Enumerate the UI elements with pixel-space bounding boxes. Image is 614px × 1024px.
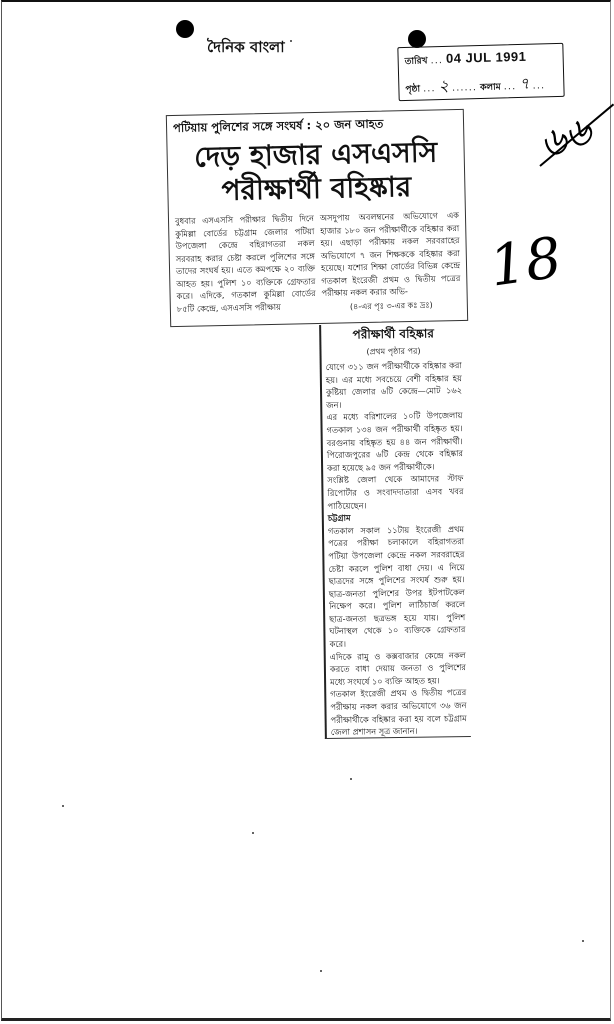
stamp-column-value: ৭ — [519, 71, 530, 98]
newspaper-name: দৈনিক বাংলা — [207, 36, 285, 61]
stamp-page-value: ২ — [438, 73, 449, 100]
continuation-heading: পরীক্ষার্থী বহিষ্কার — [325, 325, 461, 347]
handwritten-number-18: 18 — [486, 225, 566, 299]
paragraph: এদিকে রামু ও কক্সবাজার কেন্দ্রে নকল করতে… — [330, 649, 467, 689]
scan-speck — [320, 970, 322, 972]
punch-hole-right — [408, 30, 426, 48]
continuation-subheading: (প্রথম পৃষ্ঠার পর) — [325, 345, 461, 360]
article-clipping: পটিয়ায় পুলিশের সঙ্গে সংঘর্ষ : ২০ জন আহ… — [166, 109, 468, 327]
article-headline: দেড় হাজার এসএসসি পরীক্ষার্থী বহিষ্কার — [173, 135, 458, 209]
headline-line-2: পরীক্ষার্থী বহিষ্কার — [174, 169, 459, 209]
jump-note: (৪-এর পৃঃ ৩-এর কঃ দ্রঃ) — [322, 299, 461, 314]
stamp-page-row: পৃষ্ঠা ... ২ ...... কলাম ... ৭ ... — [405, 70, 558, 96]
continuation-body: যোগে ৩১১ জন পরীক্ষার্থীকে বহিষ্কার করা হ… — [326, 359, 467, 739]
stamp-column-label: কলাম — [480, 79, 501, 95]
stamp-date-label: তারিখ — [405, 53, 428, 69]
continuation-clipping: পরীক্ষার্থী বহিষ্কার (প্রথম পৃষ্ঠার পর) … — [319, 323, 471, 739]
scan-speck — [350, 778, 352, 780]
scan-speck — [582, 940, 584, 942]
article-column-1: বুধবার এসএসসি পরীক্ষার দ্বিতীয় দিনে কুম… — [175, 212, 316, 317]
date-stamp: তারিখ ... 04 JUL 1991 পৃষ্ঠা ... ২ .....… — [397, 43, 564, 101]
stamp-page-label: পৃষ্ঠা — [405, 82, 420, 97]
headline-line-1: দেড় হাজার এসএসসি — [173, 135, 458, 175]
scan-speck — [62, 805, 64, 807]
paragraph: যোগে ৩১১ জন পরীক্ষার্থীকে বহিষ্কার করা হ… — [326, 359, 463, 411]
stamp-date-value: 04 JUL 1991 — [446, 49, 527, 66]
article-columns: বুধবার এসএসসি পরীক্ষার দ্বিতীয় দিনে কুম… — [175, 209, 461, 317]
paragraph: গতকাল ইংরেজী প্রথম ও দ্বিতীয় পত্রের পরী… — [330, 686, 467, 738]
scan-speck — [290, 40, 292, 42]
paragraph: গতকাল সকাল ১১টায় ইংরেজী প্রথম পত্রের পর… — [328, 523, 466, 651]
punch-hole-left — [176, 20, 194, 38]
article-column-2: অসদুপায় অবলম্বনের অভিযোগে এক হাজার ১৮০ … — [320, 209, 461, 314]
paragraph: এর মধ্যে বরিশালের ১০টি উপজেলায় গতকাল ১৩… — [326, 409, 463, 474]
scan-speck — [252, 832, 254, 834]
article-column-2-text: অসদুপায় অবলম্বনের অভিযোগে এক হাজার ১৮০ … — [320, 210, 460, 298]
paragraph: সংশ্লিষ্ট জেলা থেকে আমাদের স্টাফ রিপোর্ট… — [327, 472, 464, 512]
